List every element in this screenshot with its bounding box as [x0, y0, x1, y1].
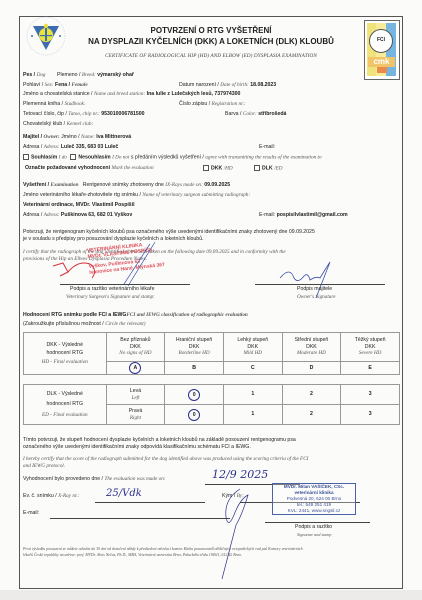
- hd-grade-b[interactable]: B: [165, 362, 224, 375]
- hd-grade-a[interactable]: A: [106, 362, 165, 375]
- ed-right-grade-1[interactable]: 1: [224, 405, 283, 425]
- selected-circle: 0: [188, 409, 200, 421]
- evaluation-instruction: (Zakroužkujte příslušnou možnost / Circl…: [23, 321, 145, 327]
- xray-date-value: 09.09.2025: [204, 182, 230, 188]
- vet-name-value: Veterinární ordinace, MVDr. Vlastimil Po…: [23, 202, 135, 208]
- owner-signature-label-en: Owner's Signature: [297, 294, 336, 300]
- dog-breed-row: Pes / Dog Plemeno / Breed: výmarský ohař: [23, 72, 134, 78]
- vet-address-row: Adresa / Adress: Puškinova 63, 682 01 Vy…: [23, 212, 132, 218]
- xray-nr-row: Ev. č. snímku / X-Ray nr.:: [23, 493, 79, 499]
- selected-circle: 0: [188, 389, 200, 401]
- ed-checkbox[interactable]: [254, 165, 260, 171]
- ed-left-grade-3[interactable]: 3: [341, 385, 400, 405]
- ed-right-grade-3[interactable]: 3: [341, 405, 400, 425]
- owner-address-row: Adresa / Adress: Luleč 335, 683 03 Luleč: [23, 144, 118, 150]
- owner-signature-label: Podpis majitele: [297, 286, 332, 292]
- hd-option[interactable]: DKK /HD: [203, 165, 233, 171]
- ed-evaluation-table: DLK - Výsledné hodnocení RTG ED - Final …: [23, 384, 400, 425]
- consent-row: Souhlasím I do Nesouhlasím I Do not s př…: [23, 154, 322, 160]
- owner-row: Majitel / Owner: Jméno / Name: Iva Mittn…: [23, 134, 131, 140]
- subtitle: CERTIFICATE OF RADIOLOGICAL HIP (HD) AND…: [0, 53, 422, 59]
- dob-value: 18.08.2023: [250, 82, 276, 88]
- owner-address-value: Luleč 335, 683 03 Luleč: [61, 144, 118, 150]
- xray-nr-value: 25/Vdk: [106, 488, 142, 499]
- title-line2: NA DYSPLAZII KYČELNÍCH (DKK) A LOKETNÍCH…: [0, 37, 422, 46]
- cert-cz-line1: Potvrzuji, že rentgenogram kyčelních klo…: [23, 229, 315, 235]
- owner-signature: [270, 258, 350, 298]
- exam-row: Vyšetření / Examination Rentgenové snímk…: [23, 182, 230, 188]
- breed-value: výmarský ohař: [97, 72, 134, 78]
- evaluator-signature-label: Podpis a razítko: [295, 524, 332, 530]
- hd-evaluation-table: DKK - Výsledné hodnocení RTG HD - Final …: [23, 332, 400, 375]
- footnote-line2: lékařů České republiky na adrese: prof. …: [23, 552, 242, 558]
- ckvl-logo-icon: [24, 14, 68, 58]
- eval-request-row: Označte požadované vyhodnocení Mark the …: [25, 165, 154, 171]
- vet-label-row: Jméno veterinárního lékaře-zhotovitele r…: [23, 192, 250, 198]
- agree-checkbox[interactable]: [23, 154, 29, 160]
- hd-grade-c[interactable]: C: [223, 362, 282, 375]
- evaluator-stamp: MVDr. Milan VAŠÍČEK, CSc. veterinární kl…: [272, 483, 356, 515]
- ed-option[interactable]: DLK /ED: [254, 165, 283, 171]
- vet-email-value: pospisilvlastimil@gmail.com: [277, 212, 348, 218]
- club-row: Chovatelský klub / Kennel club:: [23, 121, 93, 127]
- disagree-checkbox[interactable]: [70, 154, 76, 160]
- confirm-cz-line1: Tímto potvrzuji, že stupeň hodnocení dys…: [23, 437, 296, 443]
- certificate-page: FCI cmk POTVRZENÍ O RTG VYŠETŘENÍ NA DYS…: [0, 0, 422, 590]
- dob-row: Datum narození / Date of birth: 18.08.20…: [179, 82, 276, 88]
- ed-left-grade-2[interactable]: 2: [282, 385, 341, 405]
- dog-stamp-icon: [48, 258, 103, 283]
- confirm-en-line1: I hereby certify that the score of the r…: [23, 456, 308, 462]
- ed-left-grade-1[interactable]: 1: [224, 385, 283, 405]
- selected-circle: A: [129, 362, 141, 374]
- eval-date-row: Vyhodnocení bylo provedeno dne / The eva…: [23, 476, 166, 482]
- studbook-row: Plemenná kniha / Studbook:: [23, 101, 86, 107]
- hd-grade-e[interactable]: E: [341, 362, 400, 375]
- title-line1: POTVRZENÍ O RTG VYŠETŘENÍ: [0, 26, 422, 35]
- vet-email-row: E-mail: pospisilvlastimil@gmail.com: [259, 212, 348, 218]
- vet-signature: [110, 240, 170, 290]
- eval-date-value: 12/9 2025: [212, 468, 268, 481]
- color-row: Barva / Color: stříbrošedá: [225, 111, 286, 117]
- chip-row: Tetovací číslo, čip / Tatoo, chip nr.: 9…: [23, 111, 145, 117]
- chip-value: 953010006781500: [101, 111, 144, 117]
- name-row: Jméno a chovatelská stanice / Name and b…: [23, 91, 240, 97]
- sex-row: Pohlaví / Sex: Fena / Female: [23, 82, 88, 88]
- regnr-row: Číslo zápisu / Registration nr.:: [179, 101, 246, 107]
- hd-checkbox[interactable]: [203, 165, 209, 171]
- hd-grade-d[interactable]: D: [282, 362, 341, 375]
- ed-left-grade-0[interactable]: 0: [165, 385, 224, 405]
- owner-email-label: E-mail:: [259, 144, 275, 150]
- confirm-email-label: E-mail:: [23, 510, 39, 516]
- evaluation-title: Hodnocení RTG snímku podle FCI a IEWGFCI…: [23, 312, 248, 318]
- evaluator-signature: [218, 485, 258, 580]
- color-value: stříbrošedá: [258, 111, 286, 117]
- ed-right-grade-2[interactable]: 2: [282, 405, 341, 425]
- vet-signature-label: Podpis a razítko veterinárního lékaře: [70, 286, 155, 292]
- ed-right-grade-0[interactable]: 0: [165, 405, 224, 425]
- dog-name-value: Ina lulie z Lulečských lesů, 737974300: [147, 91, 241, 97]
- confirm-cz-line2: označeného výše uvedenými identifikačním…: [23, 444, 251, 450]
- owner-name-value: Iva Mittnerová: [96, 134, 131, 140]
- vet-signature-label-en: Veterinary Surgeon's Signature and stamp…: [66, 294, 155, 300]
- confirm-en-line2: and IEWG protocol.: [23, 463, 65, 469]
- evaluator-signature-label-en: Signature and stamp: [297, 532, 332, 538]
- vet-address-value: Puškinova 63, 682 01 Vyškov: [61, 212, 132, 218]
